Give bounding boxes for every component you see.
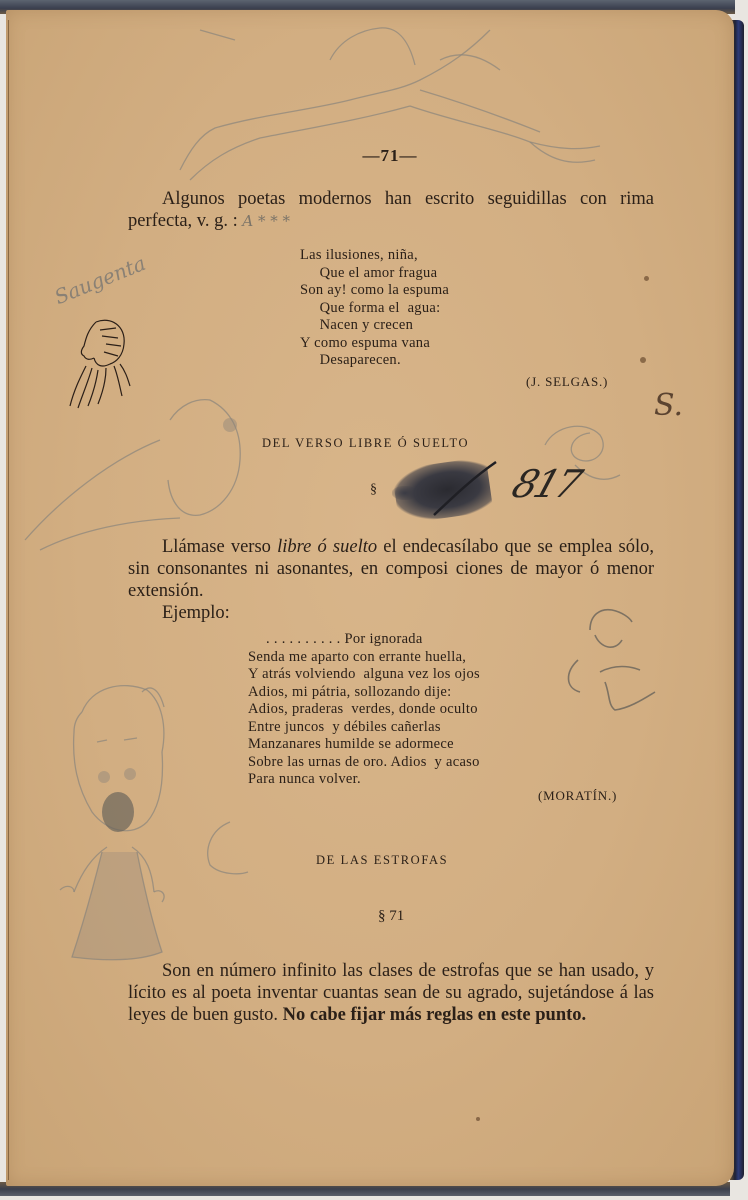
paragraph-estrofas: Son en número infinito las clases de est… <box>128 960 654 1026</box>
verse-line: Y atrás volviendo alguna vez los ojos <box>248 666 480 684</box>
paper-spot <box>640 357 646 363</box>
verse-line: Sobre las urnas de oro. Adios y acaso <box>248 754 480 772</box>
verse-line: Las ilusiones, niña, <box>300 247 449 265</box>
page-number: —71— <box>0 146 748 166</box>
section-number-struck: § <box>370 482 377 498</box>
screaming-girl-sketch-icon <box>52 672 182 972</box>
verse-line: Senda me aparto con errante huella, <box>248 649 480 667</box>
section-symbol: § <box>370 482 377 497</box>
verse-example-moratin: . . . . . . . . . . Por ignorada Senda m… <box>248 631 480 789</box>
page-gutter-line <box>8 20 9 1180</box>
attribution-selgas: (J. SELGAS.) <box>526 374 608 390</box>
section-number-71: § 71 <box>378 908 404 925</box>
pencil-annotation: A * * * <box>242 212 290 230</box>
verse-line: Para nunca volver. <box>248 771 480 789</box>
hand-sketch-icon <box>560 600 670 720</box>
verse-line: Adios, mi pátria, sollozando dije: <box>248 684 480 702</box>
section-heading-estrofas: DE LAS ESTROFAS <box>316 853 448 868</box>
section-heading-verso-libre: DEL VERSO LIBRE Ó SUELTO <box>262 436 469 451</box>
verse-line: Nacen y crecen <box>300 317 449 335</box>
italic-term: libre ó suelto <box>277 537 377 557</box>
verse-line: Adios, praderas verdes, donde oculto <box>248 701 480 719</box>
verse-line: Que el amor fragua <box>300 265 449 283</box>
verse-example-selgas: Las ilusiones, niña, Que el amor fragua … <box>300 247 449 370</box>
verse-line: . . . . . . . . . . Por ignorada <box>248 631 480 649</box>
paragraph-seguidillas: Algunos poetas modernos han escrito segu… <box>128 188 654 232</box>
verse-line: Que forma el agua: <box>300 300 449 318</box>
paragraph-closing-text: No cabe fijar más reglas en este punto. <box>283 1005 587 1025</box>
handwritten-letter: S. <box>654 388 683 423</box>
faint-curve-sketch-icon <box>200 820 260 880</box>
paper-spot <box>644 276 649 281</box>
verse-line: Desaparecen. <box>300 352 449 370</box>
verse-line: Y como espuma vana <box>300 335 449 353</box>
verse-line: Entre juncos y débiles cañerlas <box>248 719 480 737</box>
paragraph-text: Algunos poetas modernos han escrito segu… <box>128 189 654 231</box>
paper-spot <box>476 1117 480 1121</box>
verse-line: Manzanares humilde se adormece <box>248 736 480 754</box>
verse-line: Son ay! como la espuma <box>300 282 449 300</box>
paragraph-text: Llámase verso <box>162 537 277 557</box>
attribution-moratin: (MORATÍN.) <box>538 788 617 804</box>
face-sketch-icon <box>20 380 260 560</box>
strike-line-icon <box>430 460 500 520</box>
